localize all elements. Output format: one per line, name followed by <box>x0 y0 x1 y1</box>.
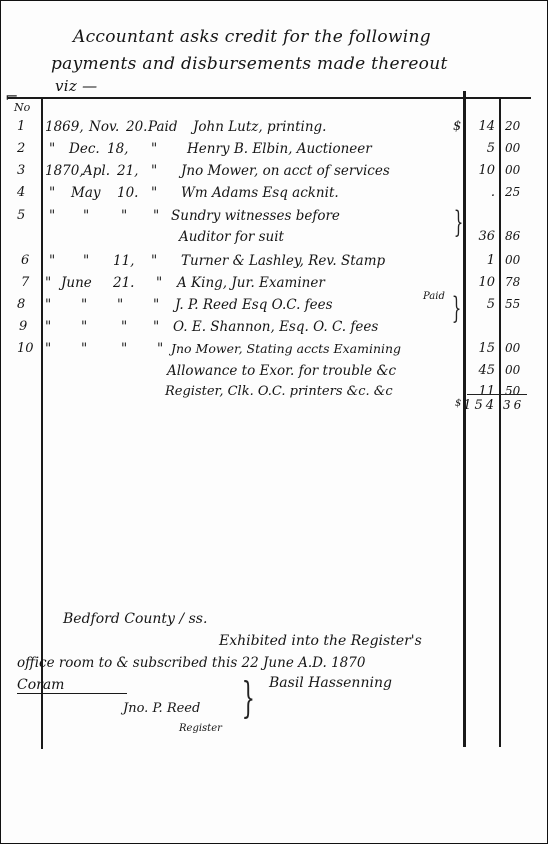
entry-cents: 78 <box>505 275 535 289</box>
entry-no: 10 <box>17 341 34 356</box>
entry-no: 7 <box>21 275 29 290</box>
entry-paid: " <box>153 208 159 224</box>
entry-no: 4 <box>17 185 25 200</box>
entry-year: " <box>49 208 55 224</box>
extra-line-dollars: 11 <box>461 384 495 399</box>
entry-dollars: 1 <box>461 253 495 268</box>
entry-payee-line-2: Auditor for suit <box>179 229 284 245</box>
coram-underline <box>17 693 127 694</box>
extra-line-text: Register, Clk. O.C. printers &c. &c <box>165 384 393 399</box>
entry-cents: 55 <box>505 297 535 311</box>
entry-day: 10. <box>117 185 138 201</box>
column-header-no: No <box>14 101 30 114</box>
entry-day: " <box>121 341 127 357</box>
entry-cents: 00 <box>505 341 535 355</box>
heading-line-2: payments and disbursements made thereout <box>51 54 448 74</box>
accountant-signature: Basil Hassenning <box>269 675 392 691</box>
entry-dollars: 10 <box>461 275 495 290</box>
entry-paid: " <box>153 297 159 313</box>
entry-month: " <box>81 319 87 335</box>
left-margin-rule <box>41 97 43 749</box>
entry-year: " <box>45 297 51 313</box>
entry-dollars: 15 <box>461 341 495 356</box>
entry-dollars: 5 <box>461 141 495 156</box>
entry-day: 20. <box>126 119 147 135</box>
total-dollars: 154 <box>463 398 497 413</box>
entry-dollars: 14 <box>461 119 495 134</box>
entry-cents: 00 <box>505 253 535 267</box>
entry-no: 1 <box>17 119 25 134</box>
entry-paid: " <box>157 341 163 357</box>
entry-month: June <box>61 275 92 291</box>
entry-payee: Wm Adams Esq acknit. <box>181 185 339 201</box>
register-title: Register <box>179 723 222 734</box>
entry-no: 6 <box>21 253 29 268</box>
paid-note: Paid <box>423 291 445 302</box>
entry-cents: 25 <box>505 185 535 199</box>
top-rule <box>7 97 531 99</box>
total-dollar-sign: $ <box>455 398 461 409</box>
office-line: office room to & subscribed this 22 June… <box>17 655 365 671</box>
total-underline <box>467 394 527 395</box>
entry-paid: " <box>156 275 162 291</box>
coram-label: Coram <box>17 677 64 693</box>
entry-day: " <box>121 319 127 335</box>
heading-line-3: viz — <box>55 77 97 95</box>
entry-month: " <box>81 341 87 357</box>
entry-payee: O. E. Shannon, Esq. O. C. fees <box>173 319 378 335</box>
entry-payee: Sundry witnesses before <box>171 208 340 224</box>
entry-cents: 86 <box>505 229 535 243</box>
entry-dollars: 10 <box>461 163 495 178</box>
entry-paid: " <box>151 163 157 179</box>
entry-year: " <box>49 141 55 157</box>
entry-paid: " <box>151 253 157 269</box>
total-cents: 36 <box>503 398 533 412</box>
entry-month: " <box>81 297 87 313</box>
entry-day: 21, <box>117 163 138 179</box>
entry-day: 11, <box>113 253 134 269</box>
extra-line-cents: 50 <box>505 384 535 398</box>
entry-payee: Turner & Lashley, Rev. Stamp <box>181 253 385 269</box>
entry-month: Apl. <box>83 163 110 179</box>
cents-column-rule <box>499 97 501 747</box>
entry-year: " <box>49 253 55 269</box>
entry-day: 18, <box>107 141 128 157</box>
entry-year: " <box>45 341 51 357</box>
entry-payee: John Lutz, printing. <box>193 119 326 135</box>
entry-year: " <box>45 275 51 291</box>
extra-line-cents: 00 <box>505 363 535 377</box>
entry-paid: Paid <box>148 119 178 135</box>
entry-paid: " <box>153 319 159 335</box>
entry-payee: Jno Mower, Stating accts Examining <box>171 341 401 356</box>
entry-no: 2 <box>17 141 25 156</box>
entry-no: 5 <box>17 208 25 223</box>
entry-cents: 00 <box>505 163 535 177</box>
entry-day: " <box>117 297 123 313</box>
entry-month: Nov. <box>89 119 119 135</box>
entry-month: " <box>83 253 89 269</box>
entry-day: 21. <box>113 275 134 291</box>
entry-payee: A King, Jur. Examiner <box>177 275 325 291</box>
entry-year: " <box>49 185 55 201</box>
entry-month: Dec. <box>69 141 100 157</box>
entry-no: 3 <box>17 163 25 178</box>
entry-payee: Jno Mower, on acct of services <box>181 163 390 179</box>
brace-icon: } <box>452 291 462 326</box>
entry-payee: J. P. Reed Esq O.C. fees <box>175 297 333 313</box>
extra-line-text: Allowance to Exor. for trouble &c <box>167 363 396 379</box>
entry-paid: " <box>151 185 157 201</box>
entry-year: 1870, <box>45 163 84 179</box>
heading-line-1: Accountant asks credit for the following <box>73 27 431 47</box>
entry-month: May <box>71 185 101 201</box>
entry-cents: 00 <box>505 141 535 155</box>
entry-year: " <box>45 319 51 335</box>
entry-no: 8 <box>17 297 25 312</box>
entry-payee: Henry B. Elbin, Auctioneer <box>187 141 372 157</box>
entry-month: " <box>83 208 89 224</box>
entry-no: 9 <box>19 319 27 334</box>
entry-paid: " <box>151 141 157 157</box>
ledger-page: Accountant asks credit for the following… <box>0 0 548 844</box>
exhibited-line: Exhibited into the Register's <box>219 633 422 649</box>
entry-year: 1869, <box>45 119 84 135</box>
entry-dollars: 36 <box>461 229 495 244</box>
entry-cents: 20 <box>505 119 535 133</box>
county-line: Bedford County / ss. <box>63 611 207 627</box>
brace-icon: } <box>242 673 255 722</box>
extra-line-dollars: 45 <box>461 363 495 378</box>
entry-day: " <box>121 208 127 224</box>
entry-dollars: 5 <box>461 297 495 312</box>
register-signature: Jno. P. Reed <box>123 701 200 716</box>
entry-dollars: . <box>461 185 495 200</box>
